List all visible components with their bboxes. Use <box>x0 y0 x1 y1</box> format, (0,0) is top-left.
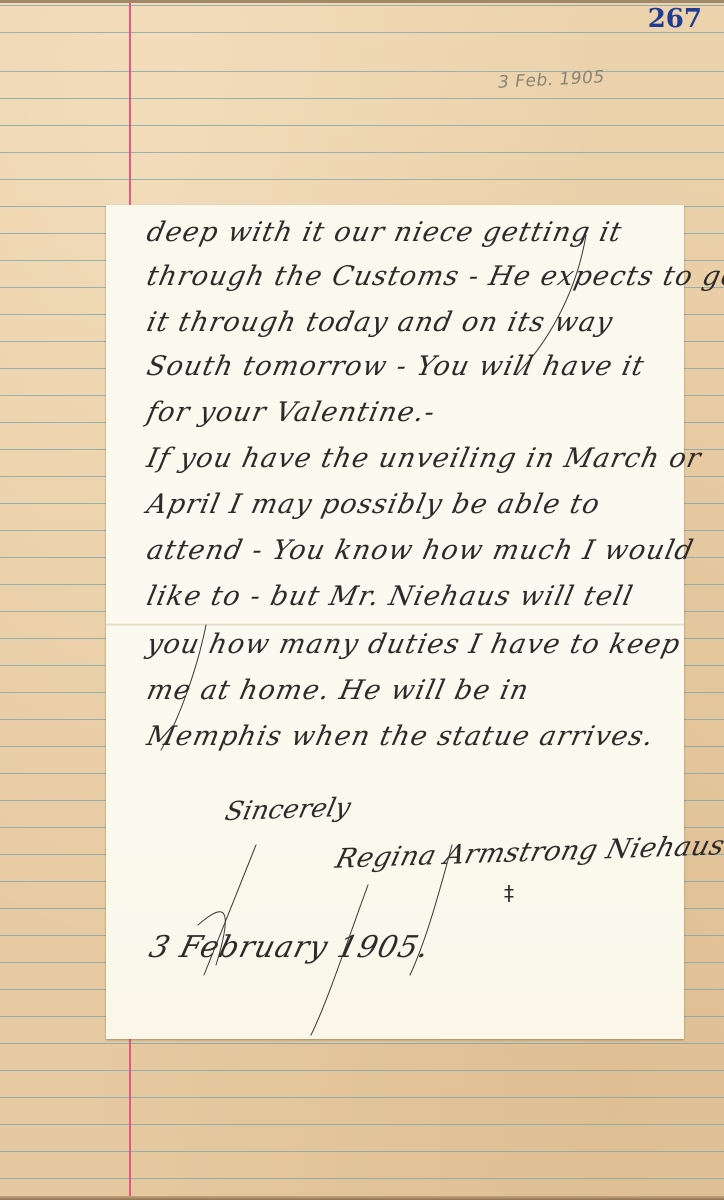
page-bottom-edge <box>0 1196 724 1200</box>
letter-line: attend - You know how much I would <box>144 535 697 566</box>
letter-line: April I may possibly be able to <box>144 489 603 520</box>
letter-line: you how many duties I have to keep <box>144 629 684 660</box>
ledger-page: 267 3 Feb. 1905 deep with it our niece g… <box>0 0 724 1200</box>
letter-line: Memphis when the statue arrives. <box>144 721 657 752</box>
letter-closing: Sincerely <box>222 793 353 827</box>
signature-underline-mark: ‡ <box>504 881 514 905</box>
letter-line: through the Customs - He expects to get <box>144 261 724 292</box>
letter-line: for your Valentine.- <box>144 397 438 428</box>
letter-line: If you have the unveiling in March or <box>144 443 704 474</box>
letter-line: South tomorrow - You will have it <box>144 351 648 382</box>
page-top-edge <box>0 0 724 3</box>
letter-body: deep with it our niece getting it throug… <box>106 205 684 1039</box>
pasted-letter-sheet: deep with it our niece getting it throug… <box>106 205 684 1039</box>
letter-date: 3 February 1905. <box>146 930 434 965</box>
letter-signature: Regina Armstrong Niehaus <box>332 830 724 874</box>
letter-line: like to - but Mr. Niehaus will tell <box>144 581 636 612</box>
letter-line: it through today and on its way <box>144 307 616 338</box>
page-number-stamp: 267 <box>648 4 702 34</box>
letter-line: deep with it our niece getting it <box>144 217 625 248</box>
letter-line: me at home. He will be in <box>144 675 532 706</box>
